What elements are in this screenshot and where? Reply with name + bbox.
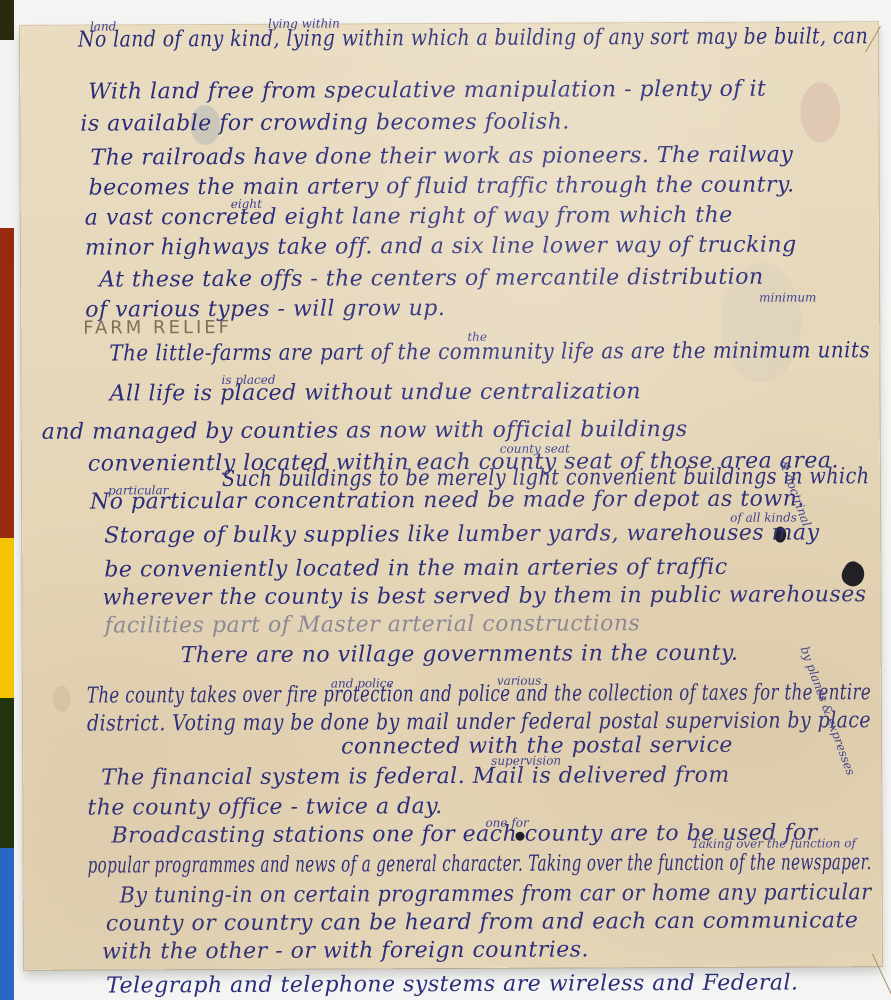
margin-annotation: particular	[108, 483, 168, 497]
manuscript-line: with the other - or with foreign countri…	[102, 937, 589, 964]
manuscript-line: becomes the main artery of fluid traffic…	[89, 172, 795, 200]
manuscript-line: With land free from speculative manipula…	[88, 77, 766, 105]
manuscript-line: be conveniently located in the main arte…	[104, 555, 727, 583]
paper-stain	[53, 686, 71, 712]
manuscript-line: At these take offs - the centers of merc…	[99, 265, 764, 293]
manuscript-line: of various types - will grow up.	[85, 296, 445, 323]
paper-stain	[800, 82, 840, 142]
margin-annotation: land	[90, 19, 116, 33]
manuscript-line: and managed by counties as now with offi…	[42, 417, 688, 445]
manuscript-line: county or country can be heard from and …	[106, 908, 859, 936]
calibration-swatch	[0, 848, 14, 1000]
manuscript-line: The little-farms are part of the communi…	[109, 338, 870, 366]
margin-annotation: various	[497, 674, 542, 688]
manuscript-line: popular programmes and news of a general…	[88, 850, 872, 878]
manuscript-line: wherever the county is best served by th…	[102, 582, 866, 610]
margin-annotation: Taking over the function of	[691, 836, 855, 851]
manuscript-page: FARM RELIEF No land of any kind, lying w…	[20, 22, 882, 970]
margin-annotation: minimum	[759, 290, 816, 304]
manuscript-line: There are no village governments in the …	[181, 641, 739, 668]
color-calibration-strip	[0, 0, 14, 1000]
calibration-swatch	[0, 40, 14, 228]
calibration-swatch	[0, 228, 14, 388]
calibration-swatch	[0, 0, 14, 40]
manuscript-line: district. Voting may be done by mail und…	[87, 708, 871, 736]
manuscript-line: Telegraph and telephone systems are wire…	[106, 970, 798, 998]
margin-annotation: is placed	[221, 373, 275, 387]
manuscript-line: the county office - twice a day.	[87, 794, 442, 821]
manuscript-line: is available for crowding becomes foolis…	[80, 109, 570, 136]
margin-annotation: supervision	[491, 754, 561, 768]
margin-annotation: county seat	[500, 441, 570, 455]
manuscript-line: The financial system is federal. Mail is…	[101, 763, 730, 791]
manuscript-line: The railroads have done their work as pi…	[90, 143, 793, 171]
manuscript-line: The county takes over fire protection an…	[87, 680, 871, 708]
manuscript-line: All life is placed without undue central…	[109, 379, 641, 406]
manuscript-line: No land of any kind, lying within which …	[78, 24, 868, 52]
calibration-swatch	[0, 698, 14, 848]
manuscript-line: a vast concreted eight lane right of way…	[85, 203, 733, 231]
manuscript-line: No particular concentration need be made…	[90, 486, 805, 514]
manuscript-line: minor highways take off. and a six line …	[85, 232, 797, 260]
calibration-swatch	[0, 538, 14, 698]
margin-annotation: and police	[331, 676, 394, 690]
calibration-swatch	[0, 388, 14, 538]
manuscript-line: Storage of bulky supplies like lumber ya…	[104, 520, 819, 548]
margin-annotation: one for	[485, 816, 528, 830]
manuscript-line: By tuning-in on certain programmes from …	[120, 880, 872, 908]
margin-annotation: the	[467, 330, 487, 344]
margin-annotation: eight	[231, 197, 262, 211]
margin-annotation: lying within	[268, 16, 340, 30]
manuscript-line: facilities part of Master arterial const…	[105, 611, 641, 638]
margin-annotation: of all kinds	[730, 510, 797, 524]
